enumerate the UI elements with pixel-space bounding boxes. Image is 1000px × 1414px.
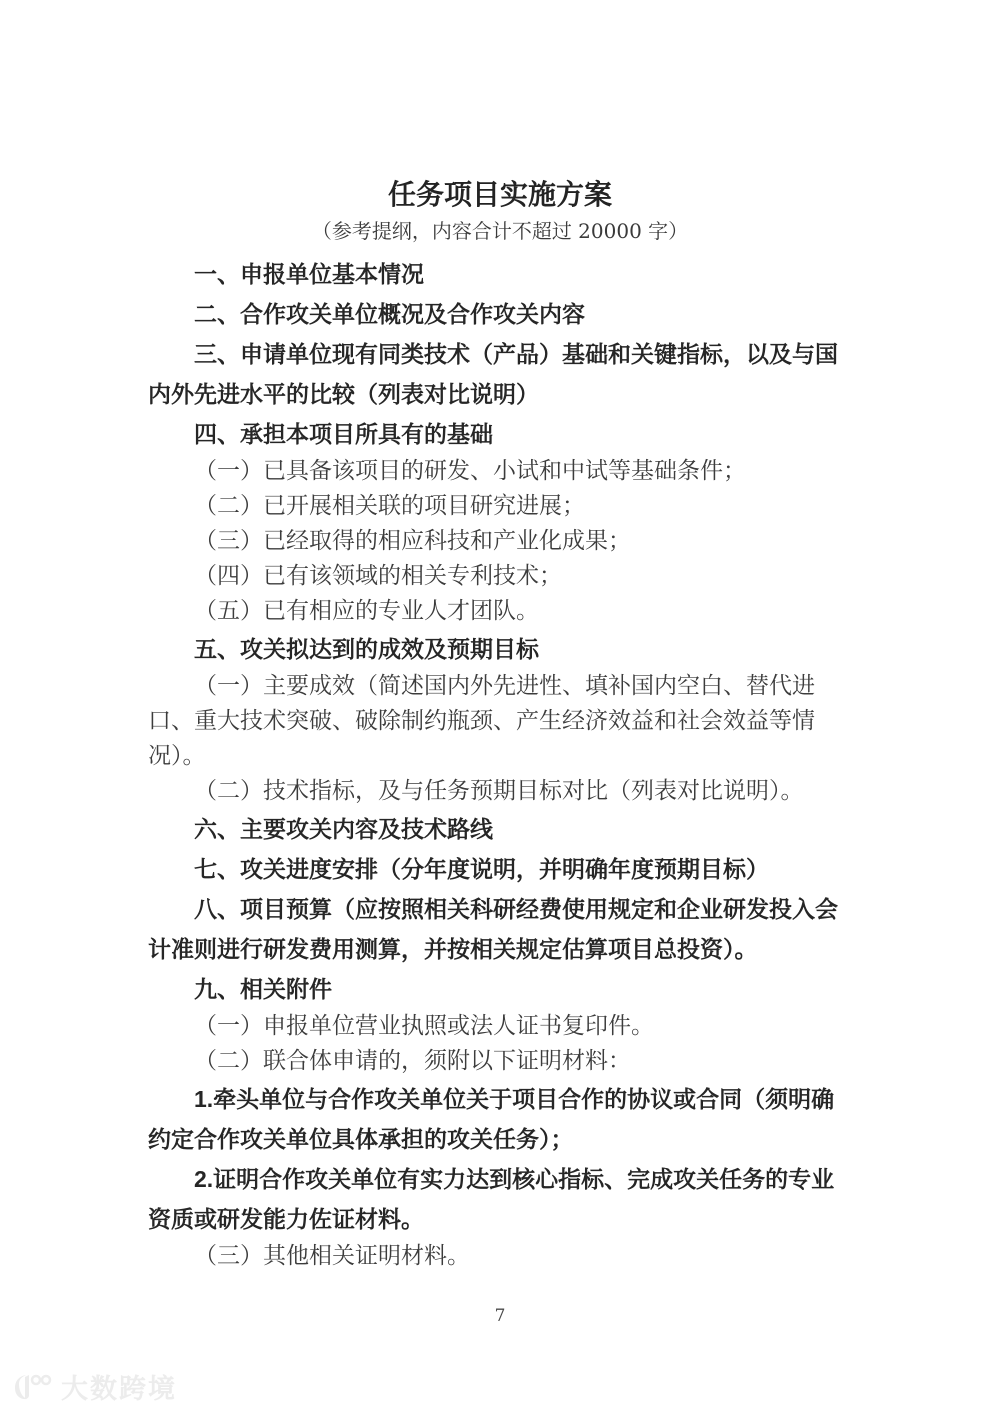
watermark: 大数跨境 — [12, 1367, 177, 1406]
watermark-brand-text: 大数跨境 — [61, 1367, 177, 1406]
list-item: （一）申报单位营业执照或法人证书复印件。 — [148, 1009, 852, 1044]
page-number: 7 — [0, 1306, 1000, 1326]
section-heading-6: 六、主要攻关内容及技术路线 — [148, 809, 852, 849]
document-title: 任务项目实施方案 — [148, 176, 852, 214]
list-item: （一）已具备该项目的研发、小试和中试等基础条件； — [148, 454, 852, 489]
list-item: （二）技术指标，及与任务预期目标对比（列表对比说明）。 — [148, 774, 852, 809]
list-item: （三）其他相关证明材料。 — [148, 1239, 852, 1274]
document-page: 任务项目实施方案 （参考提纲，内容合计不超过 20000 字） 一、申报单位基本… — [0, 0, 1000, 1414]
list-item: （四）已有该领域的相关专利技术； — [148, 559, 852, 594]
section-heading-9: 九、相关附件 — [148, 969, 852, 1009]
section-heading-5: 五、攻关拟达到的成效及预期目标 — [148, 629, 852, 669]
list-item: （三）已经取得的相应科技和产业化成果； — [148, 524, 852, 559]
list-item: （二）已开展相关联的项目研究进展； — [148, 489, 852, 524]
document-subtitle: （参考提纲，内容合计不超过 20000 字） — [148, 214, 852, 248]
numbered-item-2: 2.证明合作攻关单位有实力达到核心指标、完成攻关任务的专业资质或研发能力佐证材料… — [148, 1159, 852, 1239]
section-heading-4: 四、承担本项目所具有的基础 — [148, 414, 852, 454]
document-body: 一、申报单位基本情况 二、合作攻关单位概况及合作攻关内容 三、申请单位现有同类技… — [148, 254, 852, 1274]
section-heading-1: 一、申报单位基本情况 — [148, 254, 852, 294]
list-item: （二）联合体申请的，须附以下证明材料： — [148, 1044, 852, 1079]
section-heading-7: 七、攻关进度安排（分年度说明，并明确年度预期目标） — [148, 849, 852, 889]
document-text-block: 任务项目实施方案 （参考提纲，内容合计不超过 20000 字） 一、申报单位基本… — [0, 0, 1000, 1274]
watermark-logo-icon — [12, 1371, 54, 1403]
section-heading-8: 八、项目预算（应按照相关科研经费使用规定和企业研发投入会计准则进行研发费用测算，… — [148, 889, 852, 969]
section-heading-3: 三、申请单位现有同类技术（产品）基础和关键指标，以及与国内外先进水平的比较（列表… — [148, 334, 852, 414]
section-heading-2: 二、合作攻关单位概况及合作攻关内容 — [148, 294, 852, 334]
list-item: （一）主要成效（简述国内外先进性、填补国内空白、替代进口、重大技术突破、破除制约… — [148, 669, 852, 774]
numbered-item-1: 1.牵头单位与合作攻关单位关于项目合作的协议或合同（须明确约定合作攻关单位具体承… — [148, 1079, 852, 1159]
list-item: （五）已有相应的专业人才团队。 — [148, 594, 852, 629]
